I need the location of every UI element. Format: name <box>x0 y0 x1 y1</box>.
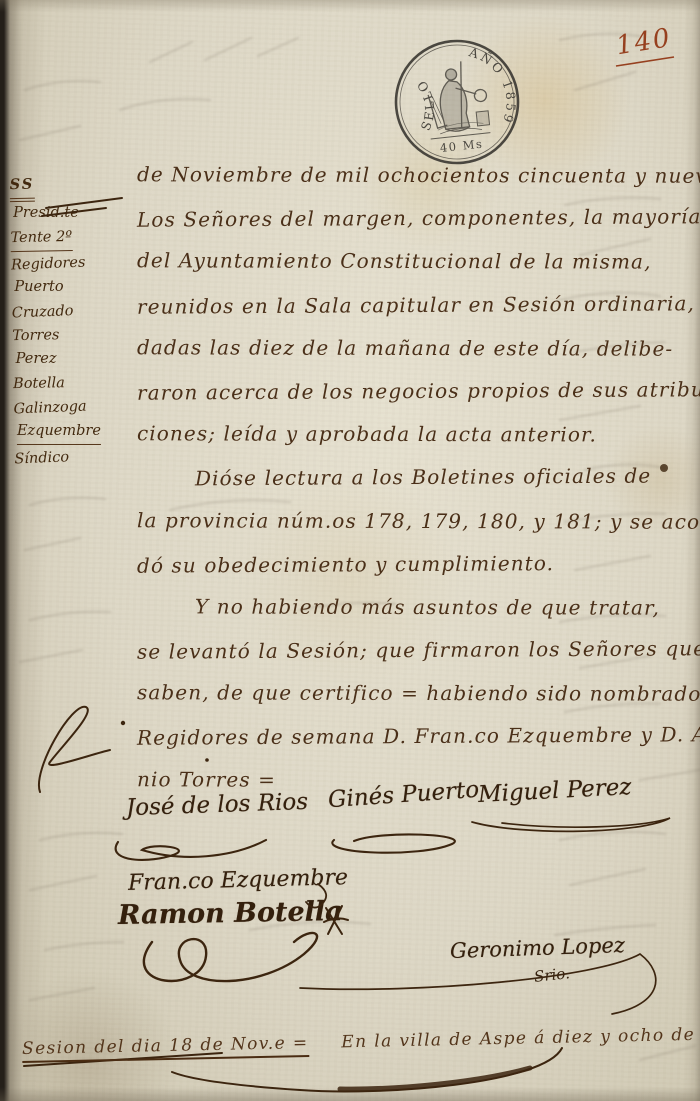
rubric-rios <box>116 840 266 860</box>
margin-name: Presid.te <box>13 201 138 225</box>
manuscript-page: 140 SELLO 4º AÑO 1859 40 Ms <box>0 0 700 1101</box>
page-edge-top <box>0 0 700 12</box>
margin-paraph <box>39 707 110 792</box>
margin-name: Puerto <box>14 275 139 299</box>
margin-name: Ezquembre <box>17 419 142 445</box>
rubric-puerto <box>332 834 455 852</box>
signature-jose-de-los-rios: José de los Rios <box>126 789 309 821</box>
signature-ramon-botella: Ramon Botella <box>118 896 343 931</box>
body-line: ciones; leída y aprobada la acta anterio… <box>137 412 697 457</box>
margin-name: Botella <box>13 370 138 396</box>
margin-name: Galinzoga <box>13 392 139 421</box>
next-session-heading: Sesion del dia 18 de Nov.e = En la villa… <box>22 1025 692 1059</box>
body-line: la provincia núm.os 178, 179, 180, y 181… <box>137 499 697 544</box>
margin-name: Regidores <box>11 249 137 278</box>
body-line: Y no habiendo más asuntos de que tratar, <box>137 585 697 630</box>
margin-name: Cruzado <box>11 297 137 326</box>
ink-speck <box>121 721 125 725</box>
body-line: dadas las diez de la mañana de este día,… <box>137 326 697 371</box>
rubric-lopez <box>300 954 656 1014</box>
secretary-role-abbreviation: Srio. <box>533 964 570 986</box>
margin-name: Tente 2º <box>10 224 135 252</box>
body-line: raron acerca de los negocios propios de … <box>137 368 697 415</box>
stamp-text-bottom: 40 Ms <box>439 137 484 155</box>
body-line: Regidores de semana D. Fran.co Ezquembre… <box>137 714 697 761</box>
folio-number: 140 <box>614 21 688 62</box>
session-opening-text: En la villa de Aspe á diez y ocho de Nov… <box>341 1023 700 1052</box>
signature-francisco-ezquembre: Fran.co Ezquembre <box>128 865 349 896</box>
body-line: del Ayuntamiento Constitucional de la mi… <box>137 240 697 285</box>
body-text: de Noviembre de mil ochocientos cincuent… <box>137 154 697 802</box>
margin-name: SS <box>9 171 134 202</box>
body-line: saben, de que certifico = habiendo sido … <box>137 672 697 717</box>
body-line: Dióse lectura a los Boletines oficiales … <box>137 455 697 502</box>
margin-name: Síndico <box>14 442 140 471</box>
body-line: reunidos en la Sala capitular en Sesión … <box>137 282 697 329</box>
rubric-perez <box>472 818 670 831</box>
body-line: dó su obedecimiento y cumplimiento. <box>137 541 697 588</box>
session-date-label: Sesion del dia 18 de Nov.e = <box>22 1033 309 1063</box>
margin-notes: SSPresid.teTente 2ºRegidoresPuertoCruzad… <box>9 171 139 470</box>
body-line: Los Señores del margen, componentes, la … <box>137 195 697 242</box>
body-line: de Noviembre de mil ochocientos cincuent… <box>137 153 697 198</box>
signature-geronimo-lopez: Geronimo Lopez <box>450 933 626 963</box>
margin-name: Perez <box>16 347 141 371</box>
body-line: se levantó la Sesión; que firmaron los S… <box>137 627 697 674</box>
footer-swash-thick <box>340 1068 530 1089</box>
revenue-stamp: SELLO 4º AÑO 1859 40 Ms <box>384 29 529 174</box>
binding-edge <box>0 0 46 1101</box>
page-edge-bottom <box>0 1087 700 1101</box>
rubric-botella <box>144 933 317 981</box>
margin-name: Torres <box>12 322 137 348</box>
